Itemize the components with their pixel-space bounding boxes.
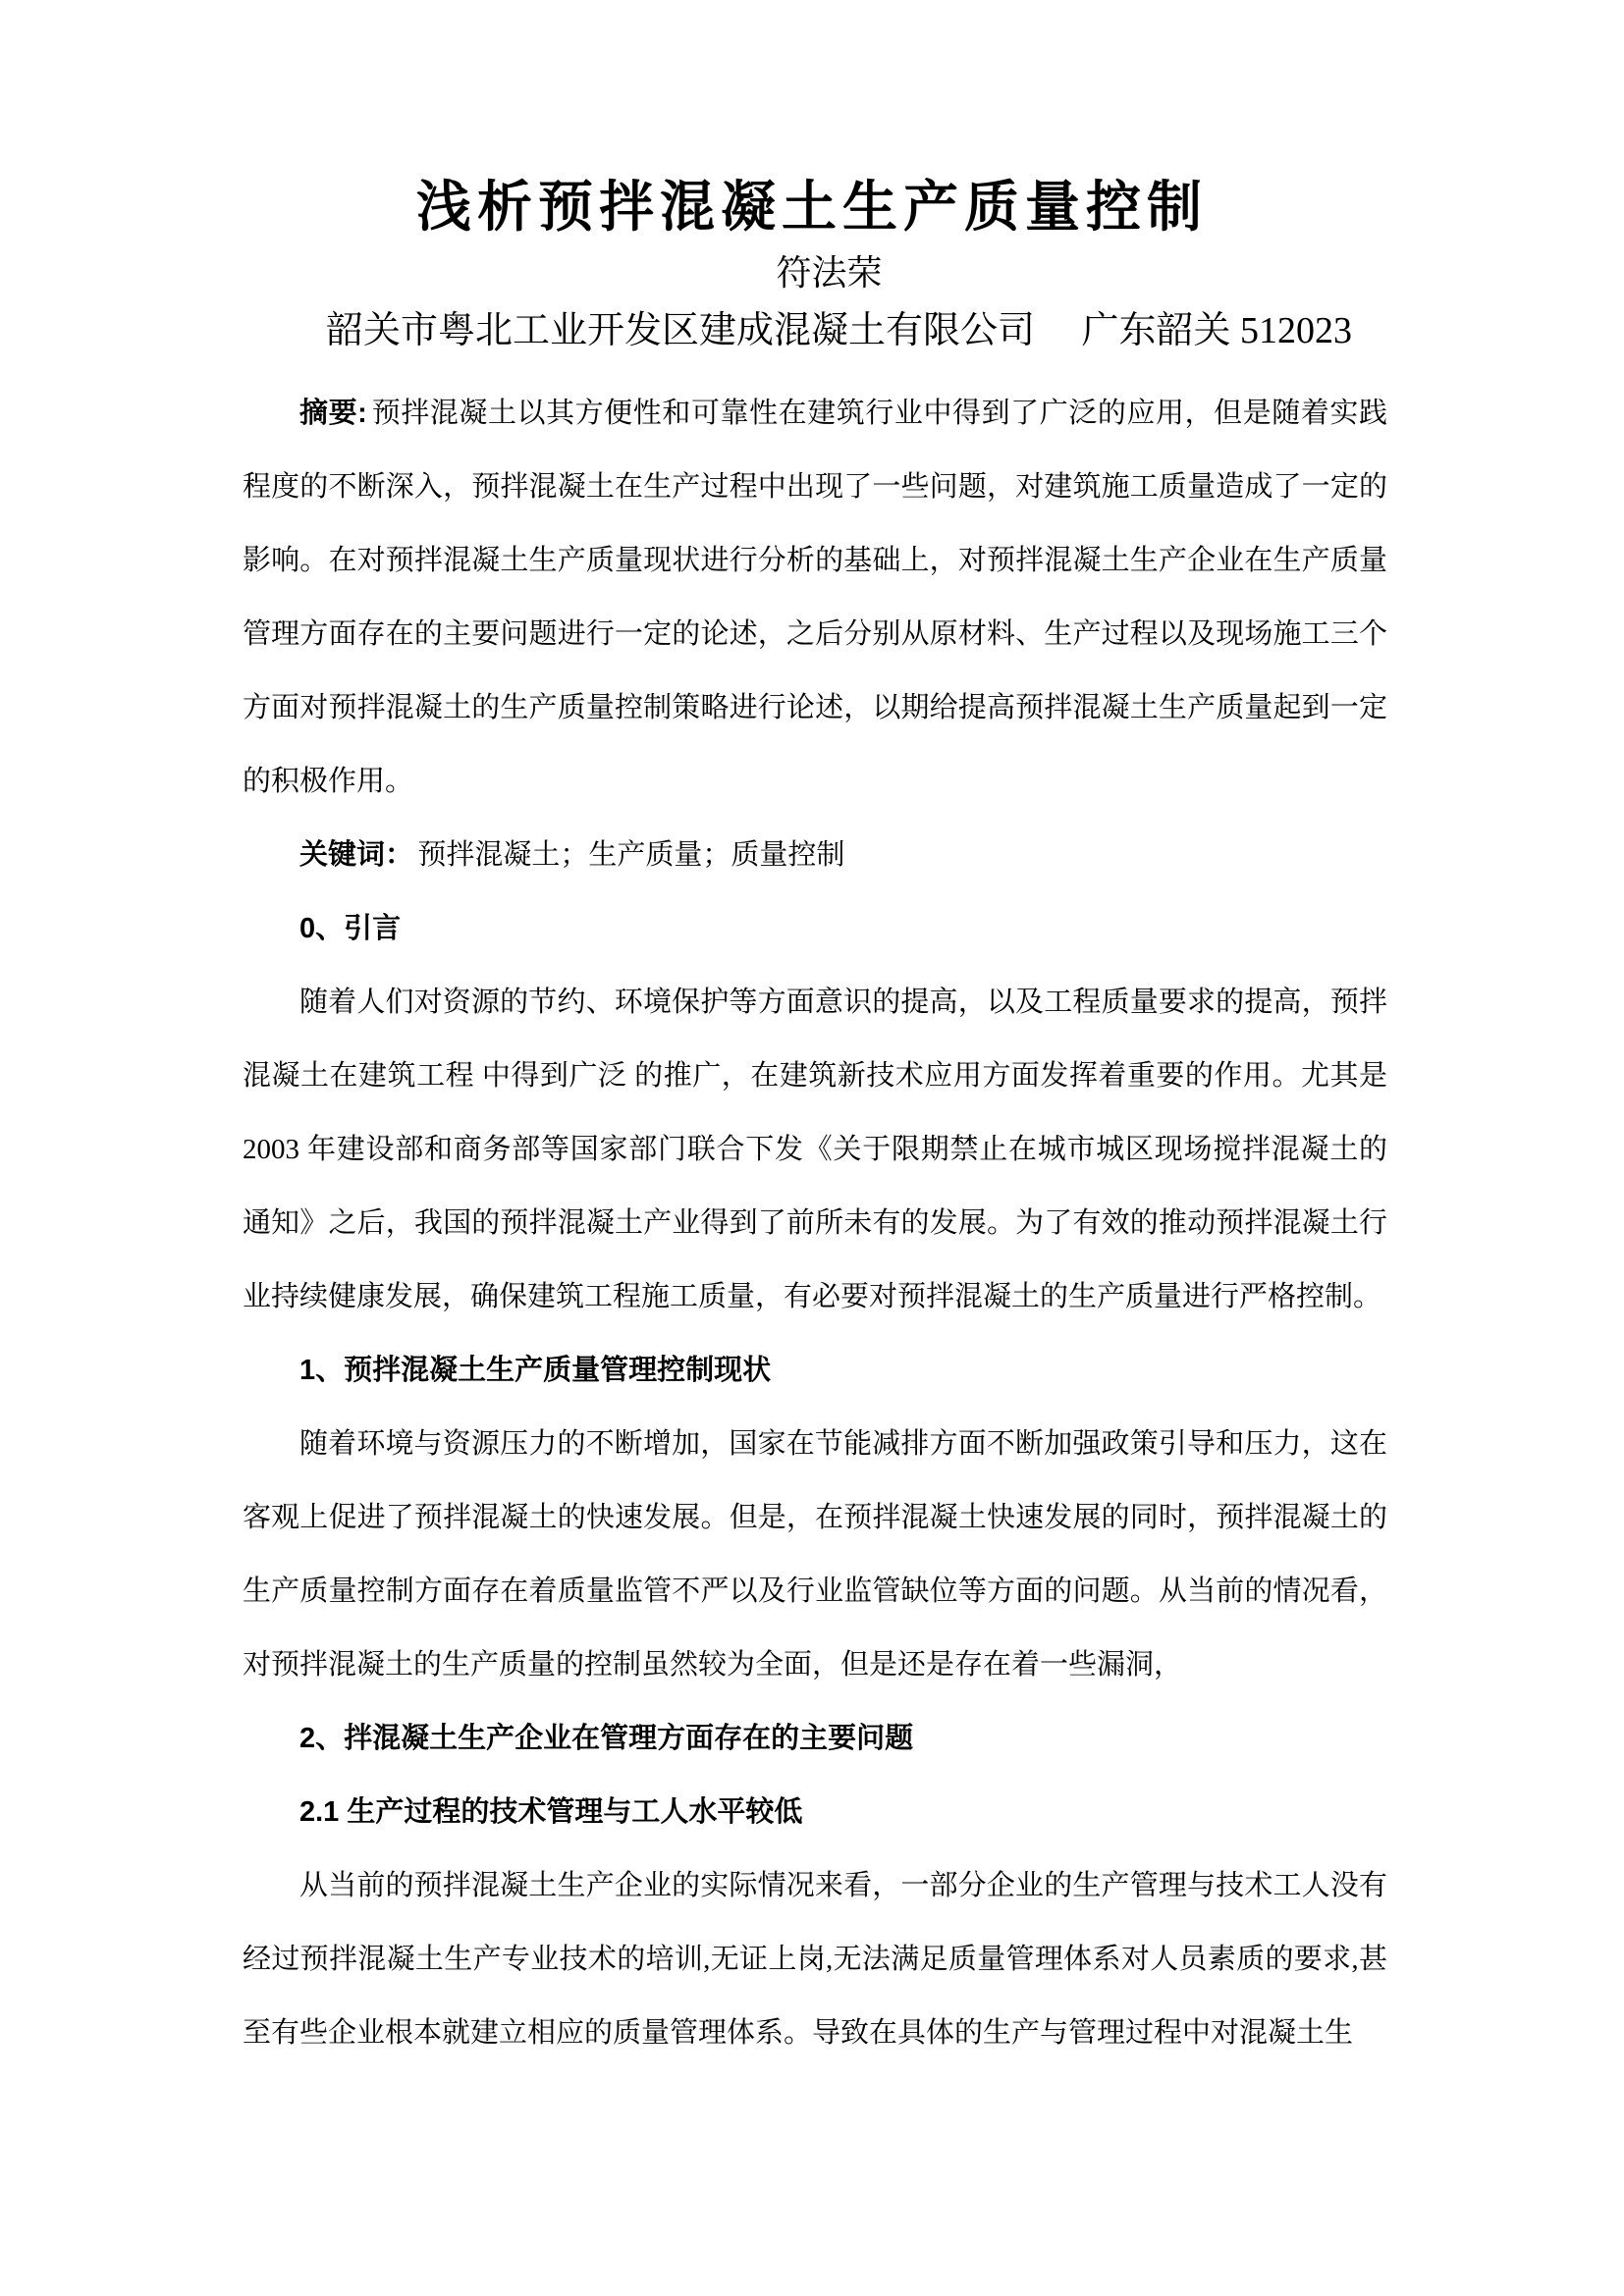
author-name: 符法荣 [0,247,1624,298]
keywords-label: 关键词： [299,839,413,871]
abstract-paragraph: 摘要:预拌混凝土以其方便性和可靠性在建筑行业中得到了广泛的应用，但是随着实践程度… [243,377,1387,819]
document-body: 摘要:预拌混凝土以其方便性和可靠性在建筑行业中得到了广泛的应用，但是随着实践程度… [243,377,1387,2070]
author-affiliation: 韶关市粤北工业开发区建成混凝土有限公司 广东韶关 512023 [0,304,1624,357]
section-heading-technical-management: 2.1 生产过程的技术管理与工人水平较低 [243,1776,1387,1849]
section-paragraph: 随着人们对资源的节约、环境保护等方面意识的提高，以及工程质量要求的提高，预拌混凝… [243,966,1387,1334]
section-heading-introduction: 0、引言 [243,892,1387,966]
section-heading-main-problems: 2、拌混凝土生产企业在管理方面存在的主要问题 [243,1702,1387,1776]
section-heading-quality-management-status: 1、预拌混凝土生产质量管理控制现状 [243,1334,1387,1408]
abstract-text: 预拌混凝土以其方便性和可靠性在建筑行业中得到了广泛的应用，但是随着实践程度的不断… [243,398,1387,797]
document-page: 浅析预拌混凝土生产质量控制 符法荣 韶关市粤北工业开发区建成混凝土有限公司 广东… [0,0,1624,2296]
section-paragraph: 随着环境与资源压力的不断增加，国家在节能减排方面不断加强政策引导和压力，这在客观… [243,1408,1387,1702]
keywords-text: 预拌混凝土；生产质量；质量控制 [417,839,844,871]
page-title: 浅析预拌混凝土生产质量控制 [0,0,1624,240]
section-paragraph: 从当前的预拌混凝土生产企业的实际情况来看，一部分企业的生产管理与技术工人没有经过… [243,1849,1387,2070]
abstract-label: 摘要: [299,398,367,429]
keywords-line: 关键词：预拌混凝土；生产质量；质量控制 [243,819,1387,892]
